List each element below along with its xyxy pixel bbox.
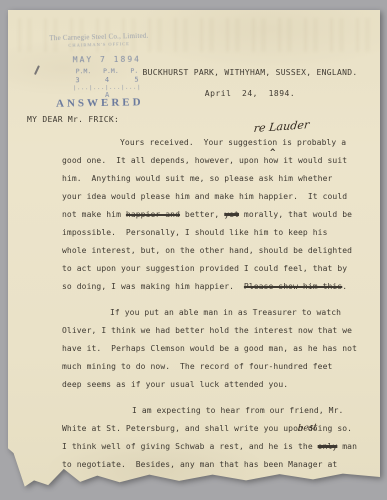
typed-line: If you put an able man in as Treasurer t… [62, 304, 364, 322]
letterhead-address: BUCKHURST PARK, WITHYHAM, SUSSEX, ENGLAN… [132, 68, 368, 77]
typed-text: better, [180, 210, 224, 219]
typed-line: your idea would please him and make him … [62, 188, 364, 206]
company-receipt-stamp: The Carnegie Steel Co., Limited. CHAIRMA… [44, 32, 154, 49]
typed-line: impossible. Personally, I should like hi… [62, 224, 364, 242]
typed-text: . [342, 282, 347, 291]
typed-line: Oliver, I think we had better hold the i… [62, 322, 364, 340]
typed-line: to negotiate. Besides, any man that has … [62, 456, 364, 474]
typed-text: deep seems as if your usual luck attende… [62, 380, 288, 389]
typed-line: him. Anything would suit me, so please a… [62, 170, 364, 188]
letterhead-date: April 24, 1894. [132, 89, 368, 98]
typed-text: man [337, 442, 357, 451]
typed-text: your idea would please him and make him … [62, 192, 347, 201]
paragraph: Yours received. Your suggestion is proba… [62, 134, 364, 296]
typed-text: whole interest, but, on the other hand, … [62, 246, 352, 255]
typed-line: have it. Perhaps Clemson would be a good… [62, 340, 364, 358]
letterhead: BUCKHURST PARK, WITHYHAM, SUSSEX, ENGLAN… [132, 68, 368, 98]
letter-paper: The Carnegie Steel Co., Limited. CHAIRMA… [8, 10, 380, 489]
typed-line: whole interest, but, on the other hand, … [62, 242, 364, 260]
salutation: MY DEAR Mr. FRICK: [27, 115, 119, 124]
typed-text: to act upon your suggestion provided I c… [62, 264, 347, 273]
typed-line: not make him happier and better, yet mor… [62, 206, 364, 224]
scanned-letter-page: { "colors": { "background": "#a6a6a9", "… [0, 0, 387, 500]
typed-text: impossible. Personally, I should like hi… [62, 228, 328, 237]
typed-line: much mining to do now. The record of fou… [62, 358, 364, 376]
struck-text: Please show him this [244, 282, 342, 291]
typed-text: Oliver, I think we had better hold the i… [62, 326, 352, 335]
received-stamp-date: MAY 7 1894 [52, 55, 162, 65]
handwritten-insertion-re-lauder: re Lauder [253, 118, 310, 135]
typed-line: to act upon your suggestion provided I c… [62, 260, 364, 278]
typed-text: much mining to do now. The record of fou… [62, 362, 332, 371]
typed-line: so doing, I was making him happier. Plea… [62, 278, 364, 296]
answered-stamp: ANSWERED [56, 96, 144, 110]
typed-text: morally, that would be [239, 210, 352, 219]
typed-text: Yours received. Your suggestion is proba… [120, 138, 346, 147]
letter-paper-wrap: The Carnegie Steel Co., Limited. CHAIRMA… [8, 10, 380, 489]
paragraph: If you put an able man in as Treasurer t… [62, 304, 364, 394]
struck-text: only [318, 442, 338, 451]
typed-text: I think well of giving Schwab a rest, an… [62, 442, 318, 451]
pen-tick-mark [34, 65, 40, 75]
typed-text: not make him [62, 210, 126, 219]
struck-text: happier and [126, 210, 180, 219]
paragraph: I am expecting to hear from our friend, … [62, 402, 364, 474]
handwritten-insertion-best: best [297, 423, 318, 434]
typed-line: Yours received. Your suggestion is proba… [62, 134, 364, 152]
typed-line: White at St. Petersburg, and shall write… [62, 420, 364, 438]
typed-line: good one. It all depends, however, upon … [62, 152, 364, 170]
typed-text: I am expecting to hear from our friend, … [132, 406, 343, 415]
typed-text: him. Anything would suit me, so please a… [62, 174, 332, 183]
letter-body: Yours received. Your suggestion is proba… [62, 134, 364, 482]
struck-text: yet [224, 210, 239, 219]
typed-text: so doing, I was making him happier. [62, 282, 244, 291]
typed-text: have it. Perhaps Clemson would be a good… [62, 344, 357, 353]
typed-text: good one. It all depends, however, upon … [62, 156, 347, 165]
typed-line: I think well of giving Schwab a rest, an… [62, 438, 364, 456]
typed-line: I am expecting to hear from our friend, … [62, 402, 364, 420]
typed-text: If you put an able man in as Treasurer t… [110, 308, 341, 317]
typed-line: deep seems as if your usual luck attende… [62, 376, 364, 394]
typed-text: to negotiate. Besides, any man that has … [62, 460, 337, 469]
